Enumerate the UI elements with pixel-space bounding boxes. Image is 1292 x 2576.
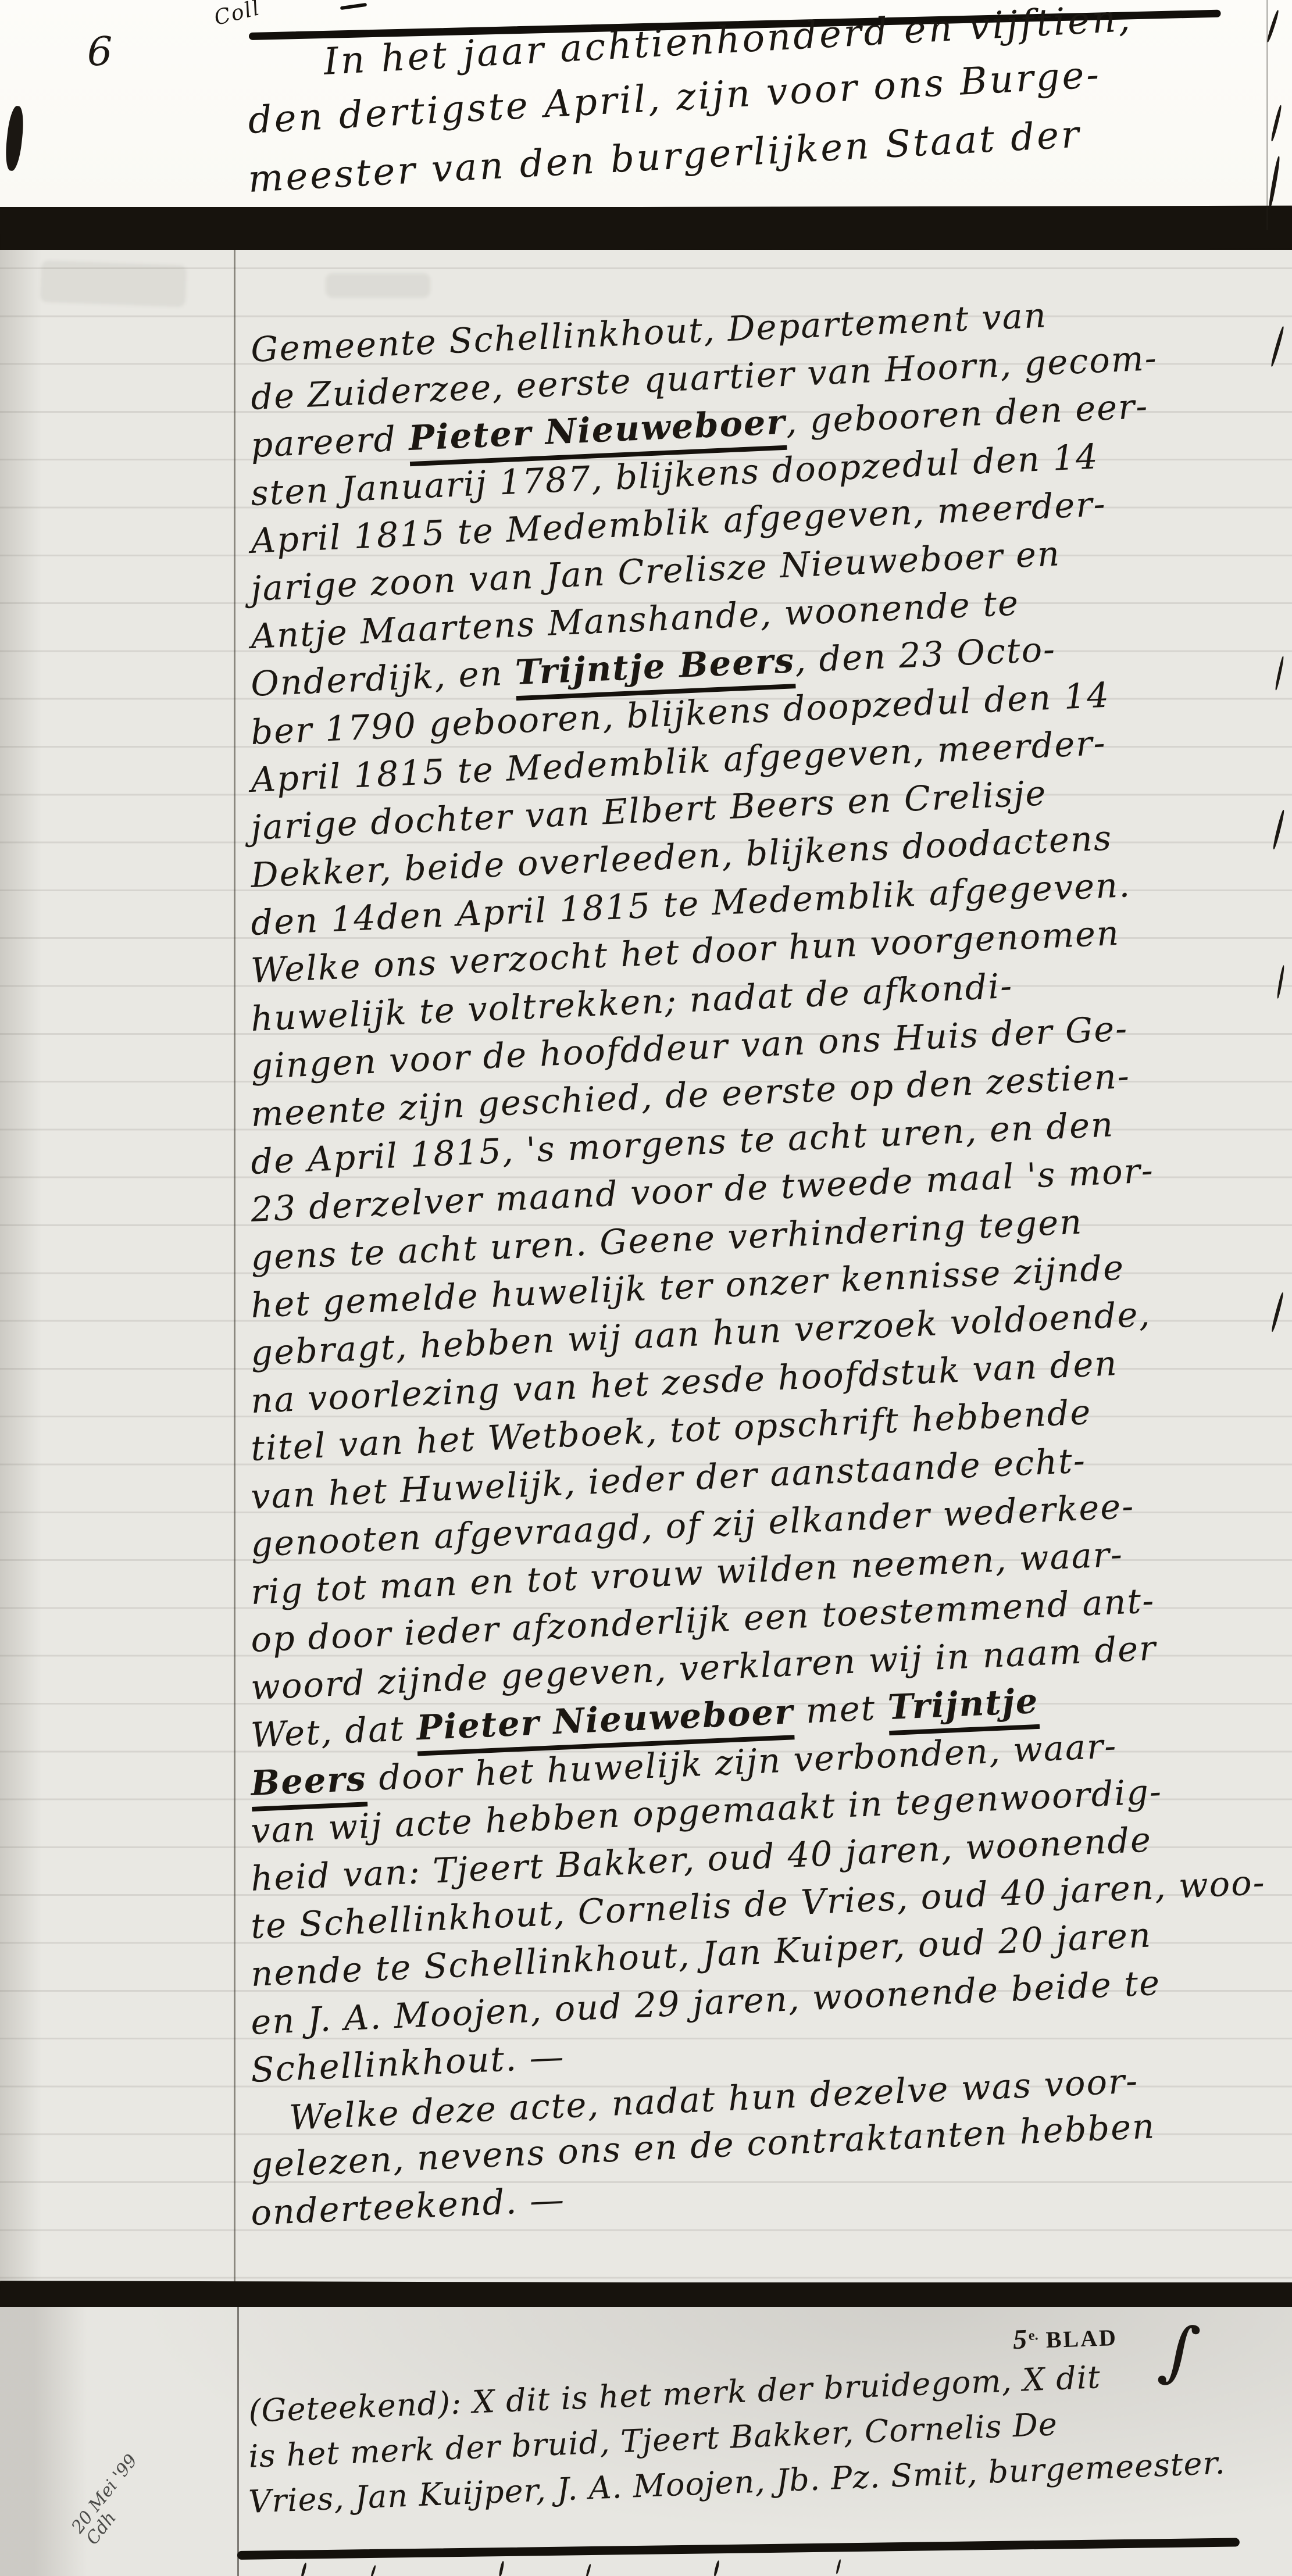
blad-superscript: e. — [1028, 2328, 1038, 2343]
faint-stamp-smudge — [40, 260, 187, 308]
coll-annotation: Coll — [212, 0, 263, 30]
text-segment: onderteekend. — — [250, 2180, 566, 2234]
margin-rule-main — [234, 250, 235, 2282]
blad-page-label: 5e. BLAD — [1012, 2320, 1118, 2356]
separator-band-top — [0, 206, 1292, 252]
act-number: 6 — [87, 29, 112, 75]
header-tick-mark — [340, 3, 367, 10]
text-segment: Onderdijk, en — [250, 653, 516, 705]
faint-stamp-smudge — [326, 273, 430, 298]
text-segment: met — [793, 1688, 888, 1732]
separator-band-bottom — [0, 2281, 1292, 2309]
margin-rule-bottom — [237, 2307, 239, 2576]
blad-word: BLAD — [1045, 2324, 1118, 2353]
edge-fragment — [3, 105, 26, 172]
manuscript-text-block: Gemeente Schellinkhout, Departement vand… — [251, 324, 1267, 2236]
bottom-fragment-text: (Geteekend): X dit is het merk der bruid… — [249, 2387, 1226, 2523]
text-segment: pareerd — [250, 419, 409, 466]
top-fragment-text: In het jaar achtienhonderd en vijftien,d… — [249, 29, 1134, 205]
blad-number: 5 — [1012, 2324, 1029, 2355]
text-segment: Wet, dat — [250, 1708, 417, 1755]
top-page-fragment: 6 Coll In het jaar achtienhonderd en vij… — [0, 0, 1292, 207]
document-scan: 6 Coll In het jaar achtienhonderd en vij… — [0, 0, 1292, 2576]
text-segment: , den 23 Octo- — [794, 629, 1057, 681]
